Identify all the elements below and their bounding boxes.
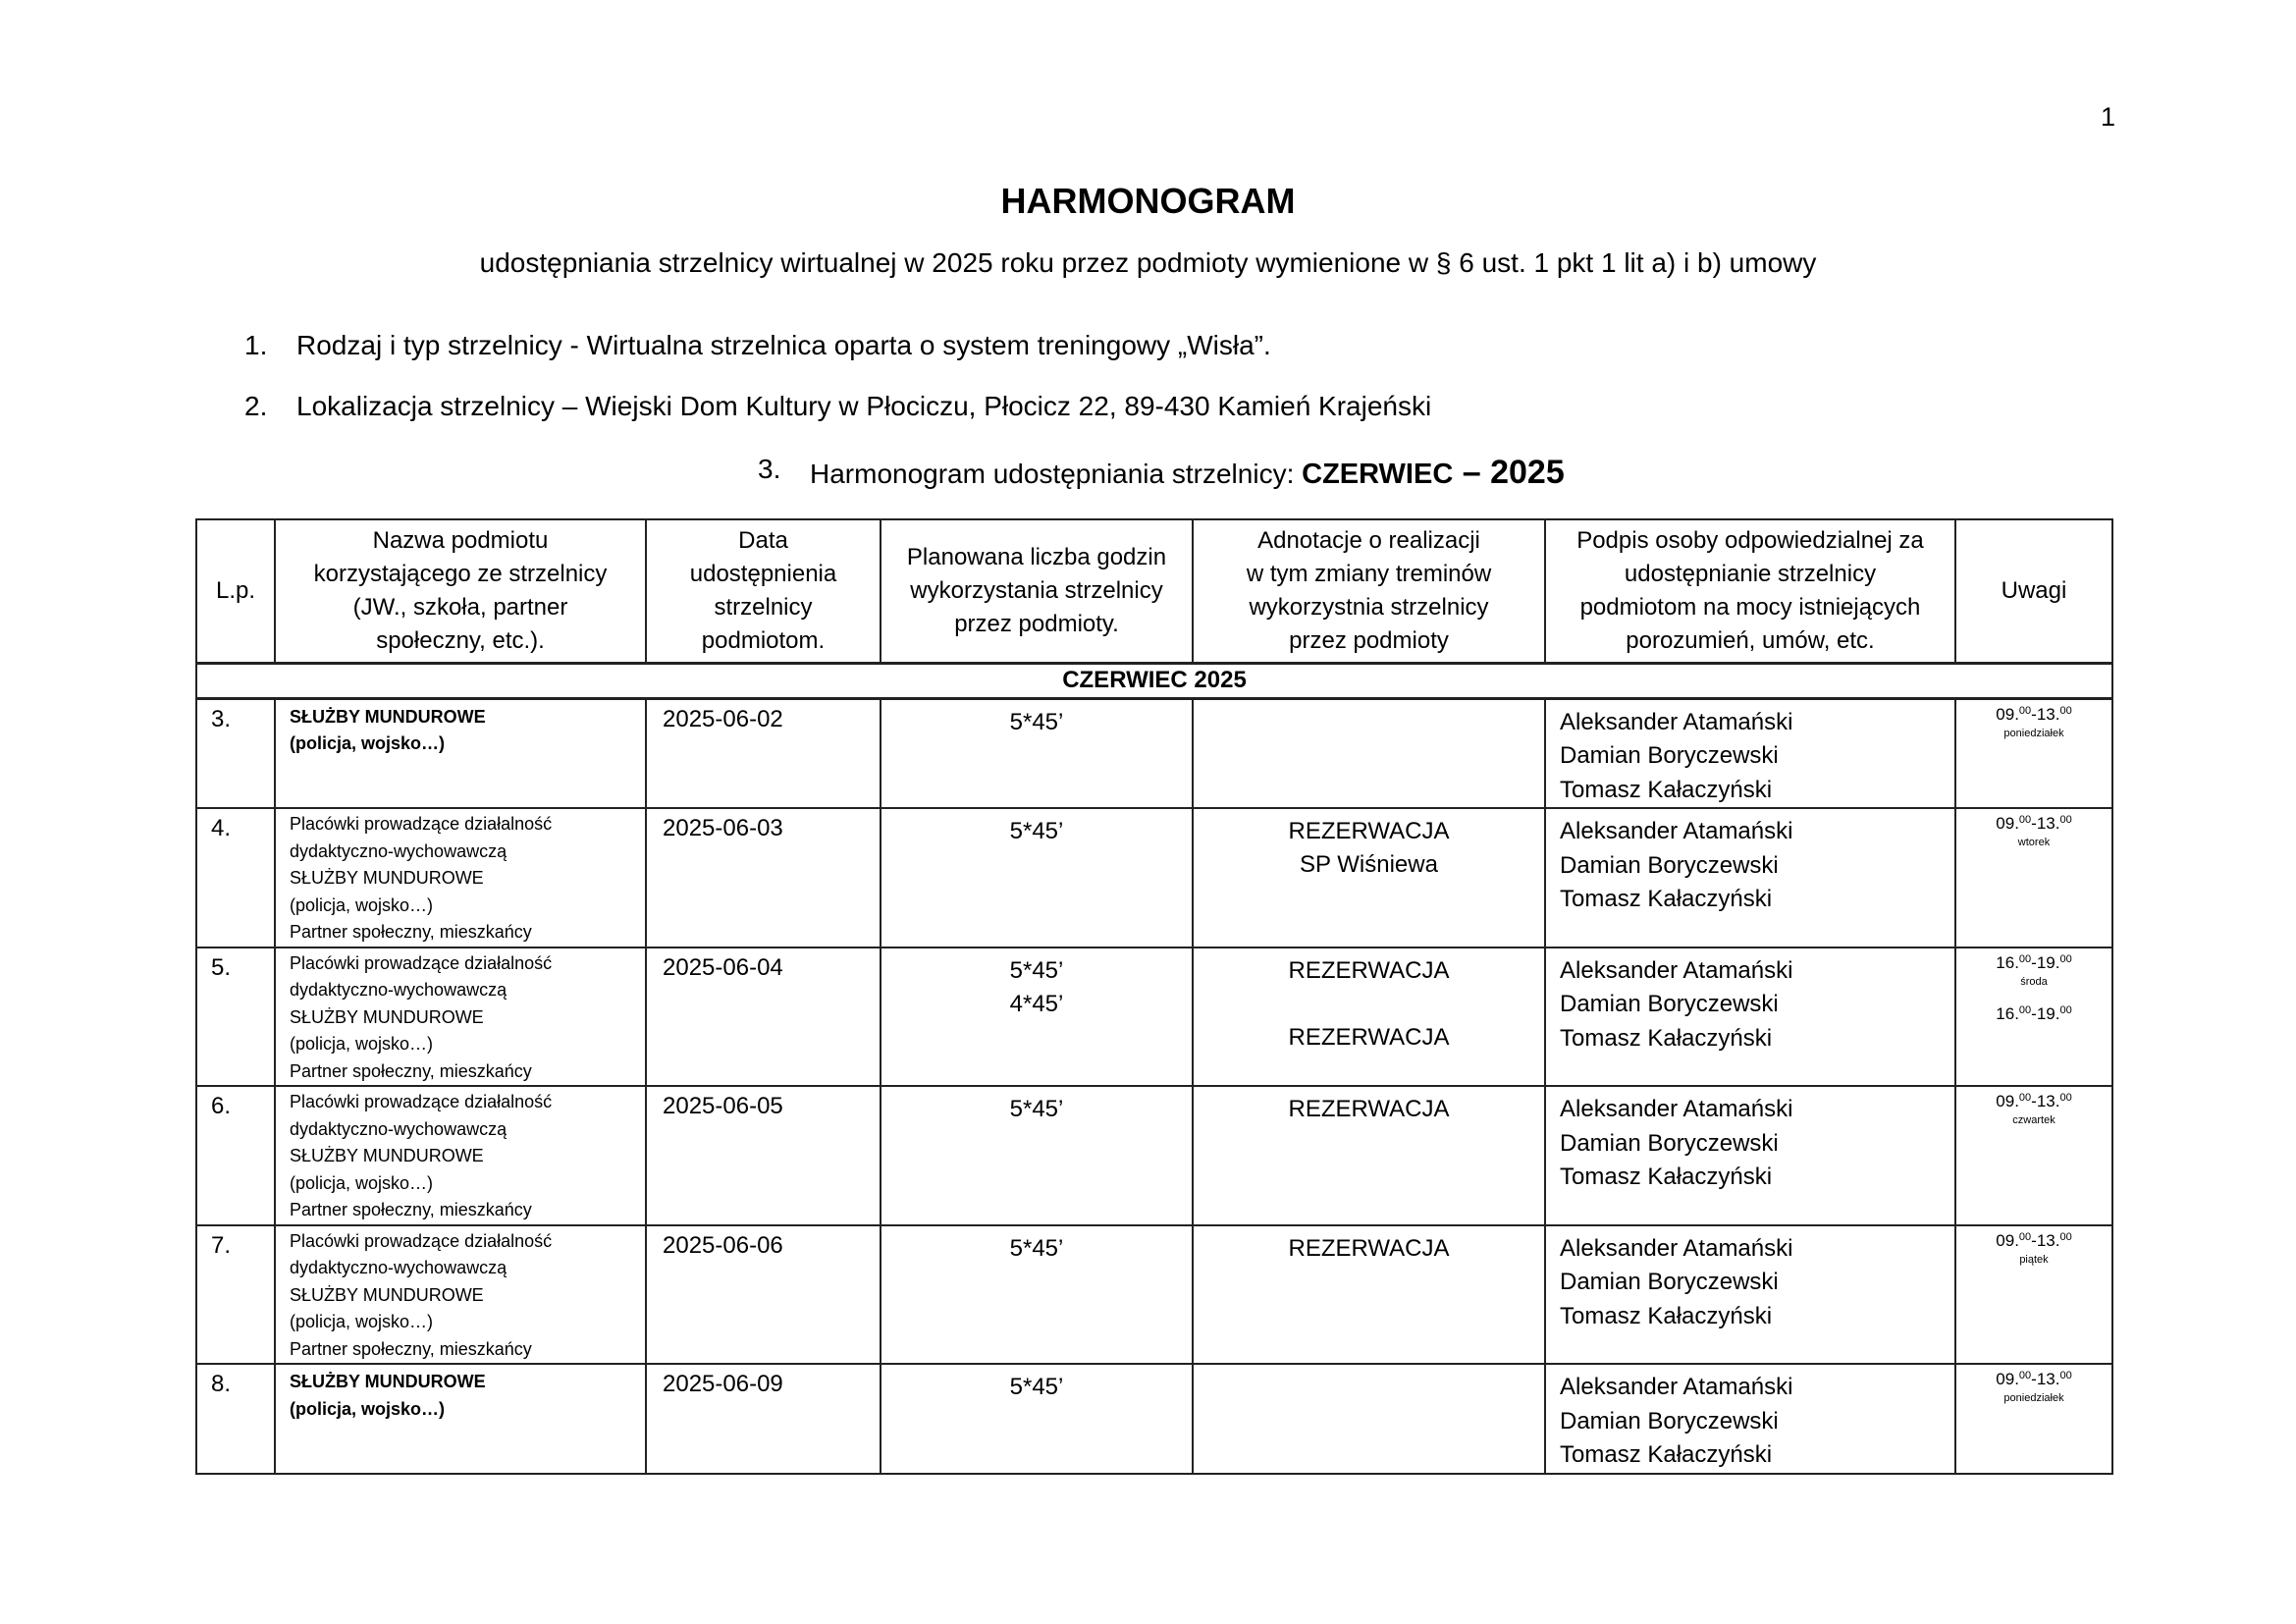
page-number: 1 [2101, 102, 2115, 133]
entity-name-line: (policja, wojsko…) [290, 1170, 645, 1198]
entity-name-line: SŁUŻBY MUNDUROWE [290, 1143, 645, 1170]
person-name: Tomasz Kałaczyński [1560, 1022, 1954, 1056]
entity-name-line: dydaktyczno-wychowawczą [290, 1116, 645, 1144]
row-number: 5. [196, 947, 275, 1087]
annotations: REZERWACJA [1193, 1086, 1545, 1225]
header-line: Adnotacje o realizacji [1257, 527, 1480, 554]
planned-hours-line: 5*45’ [881, 815, 1192, 848]
weekday: wtorek [1956, 835, 2111, 850]
date: 2025-06-03 [646, 808, 881, 947]
entity-name-line: Partner społeczny, mieszkańcy [290, 1058, 645, 1086]
weekday: środa [1956, 974, 2111, 990]
person-name: Tomasz Kałaczyński [1560, 883, 1954, 917]
annotation-line: REZERWACJA [1194, 954, 1544, 988]
entity-name-line: Partner społeczny, mieszkańcy [290, 1336, 645, 1364]
document-title: HARMONOGRAM [0, 181, 2296, 222]
entity-name-line: (policja, wojsko…) [290, 1309, 645, 1336]
entity-name-line: SŁUŻBY MUNDUROWE [290, 1282, 645, 1310]
entity-name-line: SŁUŻBY MUNDUROWE [290, 865, 645, 893]
month-row: CZERWIEC 2025 [196, 663, 2112, 698]
entity-name-line: (policja, wojsko…) [290, 1031, 645, 1058]
list-text: Rodzaj i typ strzelnicy - Wirtualna strz… [296, 330, 1271, 361]
person-name: Tomasz Kałaczyński [1560, 1300, 1954, 1334]
month-label: CZERWIEC 2025 [196, 663, 2112, 698]
header-line: wykorzystania strzelnicy [910, 577, 1162, 604]
row-number: 8. [196, 1364, 275, 1474]
header-date: Dataudostępnieniastrzelnicypodmiotom. [646, 519, 881, 663]
annotation-line: REZERWACJA [1194, 815, 1544, 848]
date: 2025-06-05 [646, 1086, 881, 1225]
person-name: Damian Boryczewski [1560, 1266, 1954, 1300]
person-name: Damian Boryczewski [1560, 1127, 1954, 1162]
header-notes: Adnotacje o realizacjiw tym zmiany tremi… [1193, 519, 1545, 663]
planned-hours: 5*45’4*45’ [881, 947, 1193, 1087]
annotation-line: REZERWACJA [1194, 1021, 1544, 1055]
entity-name-line: dydaktyczno-wychowawczą [290, 839, 645, 866]
list-number: 1. [244, 330, 267, 361]
weekday: czwartek [1956, 1112, 2111, 1128]
schedule-month: CZERWIEC [1302, 459, 1453, 490]
entity-name-line: SŁUŻBY MUNDUROWE [290, 704, 645, 731]
remarks: 09.00-13.00czwartek [1955, 1086, 2112, 1225]
entity-name: SŁUŻBY MUNDUROWE(policja, wojsko…) [275, 698, 646, 808]
person-name: Tomasz Kałaczyński [1560, 774, 1954, 808]
time-range: 09.00-13.00 [1956, 1091, 2111, 1112]
annotation-line: SP Wiśniewa [1194, 848, 1544, 882]
remarks: 09.00-13.00poniedziałek [1955, 698, 2112, 808]
schedule-label: Harmonogram udostępniania strzelnicy: [810, 459, 1302, 489]
header-line: w tym zmiany treminów [1247, 561, 1491, 587]
planned-hours-line: 4*45’ [881, 988, 1192, 1021]
date: 2025-06-06 [646, 1225, 881, 1365]
entity-name-line: Placówki prowadzące działalność [290, 950, 645, 978]
person-name: Damian Boryczewski [1560, 1405, 1954, 1439]
person-name: Aleksander Atamański [1560, 1093, 1954, 1127]
responsible-persons: Aleksander AtamańskiDamian BoryczewskiTo… [1545, 1086, 1955, 1225]
header-line: porozumień, umów, etc. [1626, 627, 1874, 654]
row-number: 6. [196, 1086, 275, 1225]
header-uwagi: Uwagi [1955, 519, 2112, 663]
planned-hours-line: 5*45’ [881, 954, 1192, 988]
planned-hours-line: 5*45’ [881, 1371, 1192, 1404]
entity-name-line: dydaktyczno-wychowawczą [290, 977, 645, 1004]
responsible-persons: Aleksander AtamańskiDamian BoryczewskiTo… [1545, 698, 1955, 808]
table-row: 3.SŁUŻBY MUNDUROWE(policja, wojsko…)2025… [196, 698, 2112, 808]
date: 2025-06-09 [646, 1364, 881, 1474]
remarks: 16.00-19.00środa16.00-19.00 [1955, 947, 2112, 1087]
header-line: podmiotom na mocy istniejących [1580, 594, 1921, 621]
entity-name: Placówki prowadzące działalnośćdydaktycz… [275, 1086, 646, 1225]
weekday: poniedziałek [1956, 1390, 2111, 1406]
list-number: 3. [758, 454, 780, 485]
entity-name-line: (policja, wojsko…) [290, 893, 645, 920]
table-row: 7.Placówki prowadzące działalnośćdydakty… [196, 1225, 2112, 1365]
entity-name-line: SŁUŻBY MUNDUROWE [290, 1369, 645, 1396]
time-range: 16.00-19.00 [1956, 1003, 2111, 1025]
header-name: Nazwa podmiotukorzystającego ze strzelni… [275, 519, 646, 663]
entity-name: Placówki prowadzące działalnośćdydaktycz… [275, 1225, 646, 1365]
time-range: 09.00-13.00 [1956, 704, 2111, 726]
annotation-line: REZERWACJA [1194, 1232, 1544, 1266]
row-number: 3. [196, 698, 275, 808]
schedule-table: L.p. Nazwa podmiotukorzystającego ze str… [195, 518, 2113, 1475]
list-text: Lokalizacja strzelnicy – Wiejski Dom Kul… [296, 391, 1431, 422]
entity-name: Placówki prowadzące działalnośćdydaktycz… [275, 947, 646, 1087]
person-name: Aleksander Atamański [1560, 954, 1954, 989]
header-line: Planowana liczba godzin [907, 544, 1166, 570]
header-line: Nazwa podmiotu [373, 527, 549, 554]
person-name: Aleksander Atamański [1560, 1371, 1954, 1405]
entity-name-line: Partner społeczny, mieszkańcy [290, 1197, 645, 1224]
person-name: Aleksander Atamański [1560, 1232, 1954, 1267]
date: 2025-06-02 [646, 698, 881, 808]
row-number: 7. [196, 1225, 275, 1365]
remarks: 09.00-13.00piątek [1955, 1225, 2112, 1365]
entity-name-line: Placówki prowadzące działalność [290, 1228, 645, 1256]
list-number: 2. [244, 391, 267, 422]
header-line: udostępnienia [690, 561, 836, 587]
entity-name-line: SŁUŻBY MUNDUROWE [290, 1004, 645, 1032]
entity-name-line: dydaktyczno-wychowawczą [290, 1255, 645, 1282]
schedule-year: 2025 [1490, 454, 1565, 491]
person-name: Aleksander Atamański [1560, 815, 1954, 849]
remarks: 09.00-13.00wtorek [1955, 808, 2112, 947]
responsible-persons: Aleksander AtamańskiDamian BoryczewskiTo… [1545, 808, 1955, 947]
planned-hours: 5*45’ [881, 808, 1193, 947]
entity-name-line: Placówki prowadzące działalność [290, 811, 645, 839]
table-row: 4.Placówki prowadzące działalnośćdydakty… [196, 808, 2112, 947]
annotations: REZERWACJASP Wiśniewa [1193, 808, 1545, 947]
person-name: Aleksander Atamański [1560, 706, 1954, 740]
entity-name-line: (policja, wojsko…) [290, 1396, 645, 1424]
person-name: Damian Boryczewski [1560, 739, 1954, 774]
table-header-row: L.p. Nazwa podmiotukorzystającego ze str… [196, 519, 2112, 663]
weekday: poniedziałek [1956, 726, 2111, 741]
header-line: przez podmioty [1289, 627, 1449, 654]
annotation-line: REZERWACJA [1194, 1093, 1544, 1126]
header-line: podmiotom. [702, 627, 825, 654]
header-line: Data [738, 527, 788, 554]
planned-hours-line: 5*45’ [881, 1232, 1192, 1266]
time-range: 16.00-19.00 [1956, 952, 2111, 974]
header-line: (JW., szkoła, partner [353, 594, 568, 621]
entity-name-line: Placówki prowadzące działalność [290, 1089, 645, 1116]
time-range: 09.00-13.00 [1956, 1230, 2111, 1252]
person-name: Damian Boryczewski [1560, 988, 1954, 1022]
annotations [1193, 698, 1545, 808]
annotation-line [1194, 988, 1544, 1021]
annotations [1193, 1364, 1545, 1474]
entity-name: Placówki prowadzące działalnośćdydaktycz… [275, 808, 646, 947]
date: 2025-06-04 [646, 947, 881, 1087]
person-name: Tomasz Kałaczyński [1560, 1161, 1954, 1195]
time-range: 09.00-13.00 [1956, 1369, 2111, 1390]
responsible-persons: Aleksander AtamańskiDamian BoryczewskiTo… [1545, 1364, 1955, 1474]
header-line: społeczny, etc.). [376, 627, 545, 654]
schedule-dash: – [1453, 454, 1490, 491]
entity-name: SŁUŻBY MUNDUROWE(policja, wojsko…) [275, 1364, 646, 1474]
header-line: korzystającego ze strzelnicy [314, 561, 608, 587]
header-line: wykorzystnia strzelnicy [1249, 594, 1488, 621]
person-name: Damian Boryczewski [1560, 849, 1954, 884]
header-line: przez podmioty. [954, 611, 1119, 637]
table-row: 6.Placówki prowadzące działalnośćdydakty… [196, 1086, 2112, 1225]
annotations: REZERWACJA REZERWACJA [1193, 947, 1545, 1087]
header-lp: L.p. [196, 519, 275, 663]
planned-hours-line: 5*45’ [881, 1093, 1192, 1126]
planned-hours: 5*45’ [881, 1225, 1193, 1365]
header-line: Podpis osoby odpowiedzialnej za [1576, 527, 1924, 554]
annotations: REZERWACJA [1193, 1225, 1545, 1365]
time-range: 09.00-13.00 [1956, 813, 2111, 835]
table-row: 5.Placówki prowadzące działalnośćdydakty… [196, 947, 2112, 1087]
header-line: strzelnicy [714, 594, 812, 621]
planned-hours-line: 5*45’ [881, 706, 1192, 739]
document-subtitle: udostępniania strzelnicy wirtualnej w 20… [0, 247, 2296, 279]
row-number: 4. [196, 808, 275, 947]
person-name: Tomasz Kałaczyński [1560, 1438, 1954, 1473]
remarks: 09.00-13.00poniedziałek [1955, 1364, 2112, 1474]
header-hours: Planowana liczba godzinwykorzystania str… [881, 519, 1193, 663]
responsible-persons: Aleksander AtamańskiDamian BoryczewskiTo… [1545, 947, 1955, 1087]
header-line: udostępnianie strzelnicy [1625, 561, 1876, 587]
table-row: 8.SŁUŻBY MUNDUROWE(policja, wojsko…)2025… [196, 1364, 2112, 1474]
entity-name-line: Partner społeczny, mieszkańcy [290, 919, 645, 947]
entity-name-line: (policja, wojsko…) [290, 731, 645, 758]
responsible-persons: Aleksander AtamańskiDamian BoryczewskiTo… [1545, 1225, 1955, 1365]
weekday: piątek [1956, 1252, 2111, 1268]
list-text: Harmonogram udostępniania strzelnicy: CZ… [810, 454, 1565, 492]
header-sign: Podpis osoby odpowiedzialnej zaudostępni… [1545, 519, 1955, 663]
planned-hours: 5*45’ [881, 698, 1193, 808]
planned-hours: 5*45’ [881, 1086, 1193, 1225]
planned-hours: 5*45’ [881, 1364, 1193, 1474]
